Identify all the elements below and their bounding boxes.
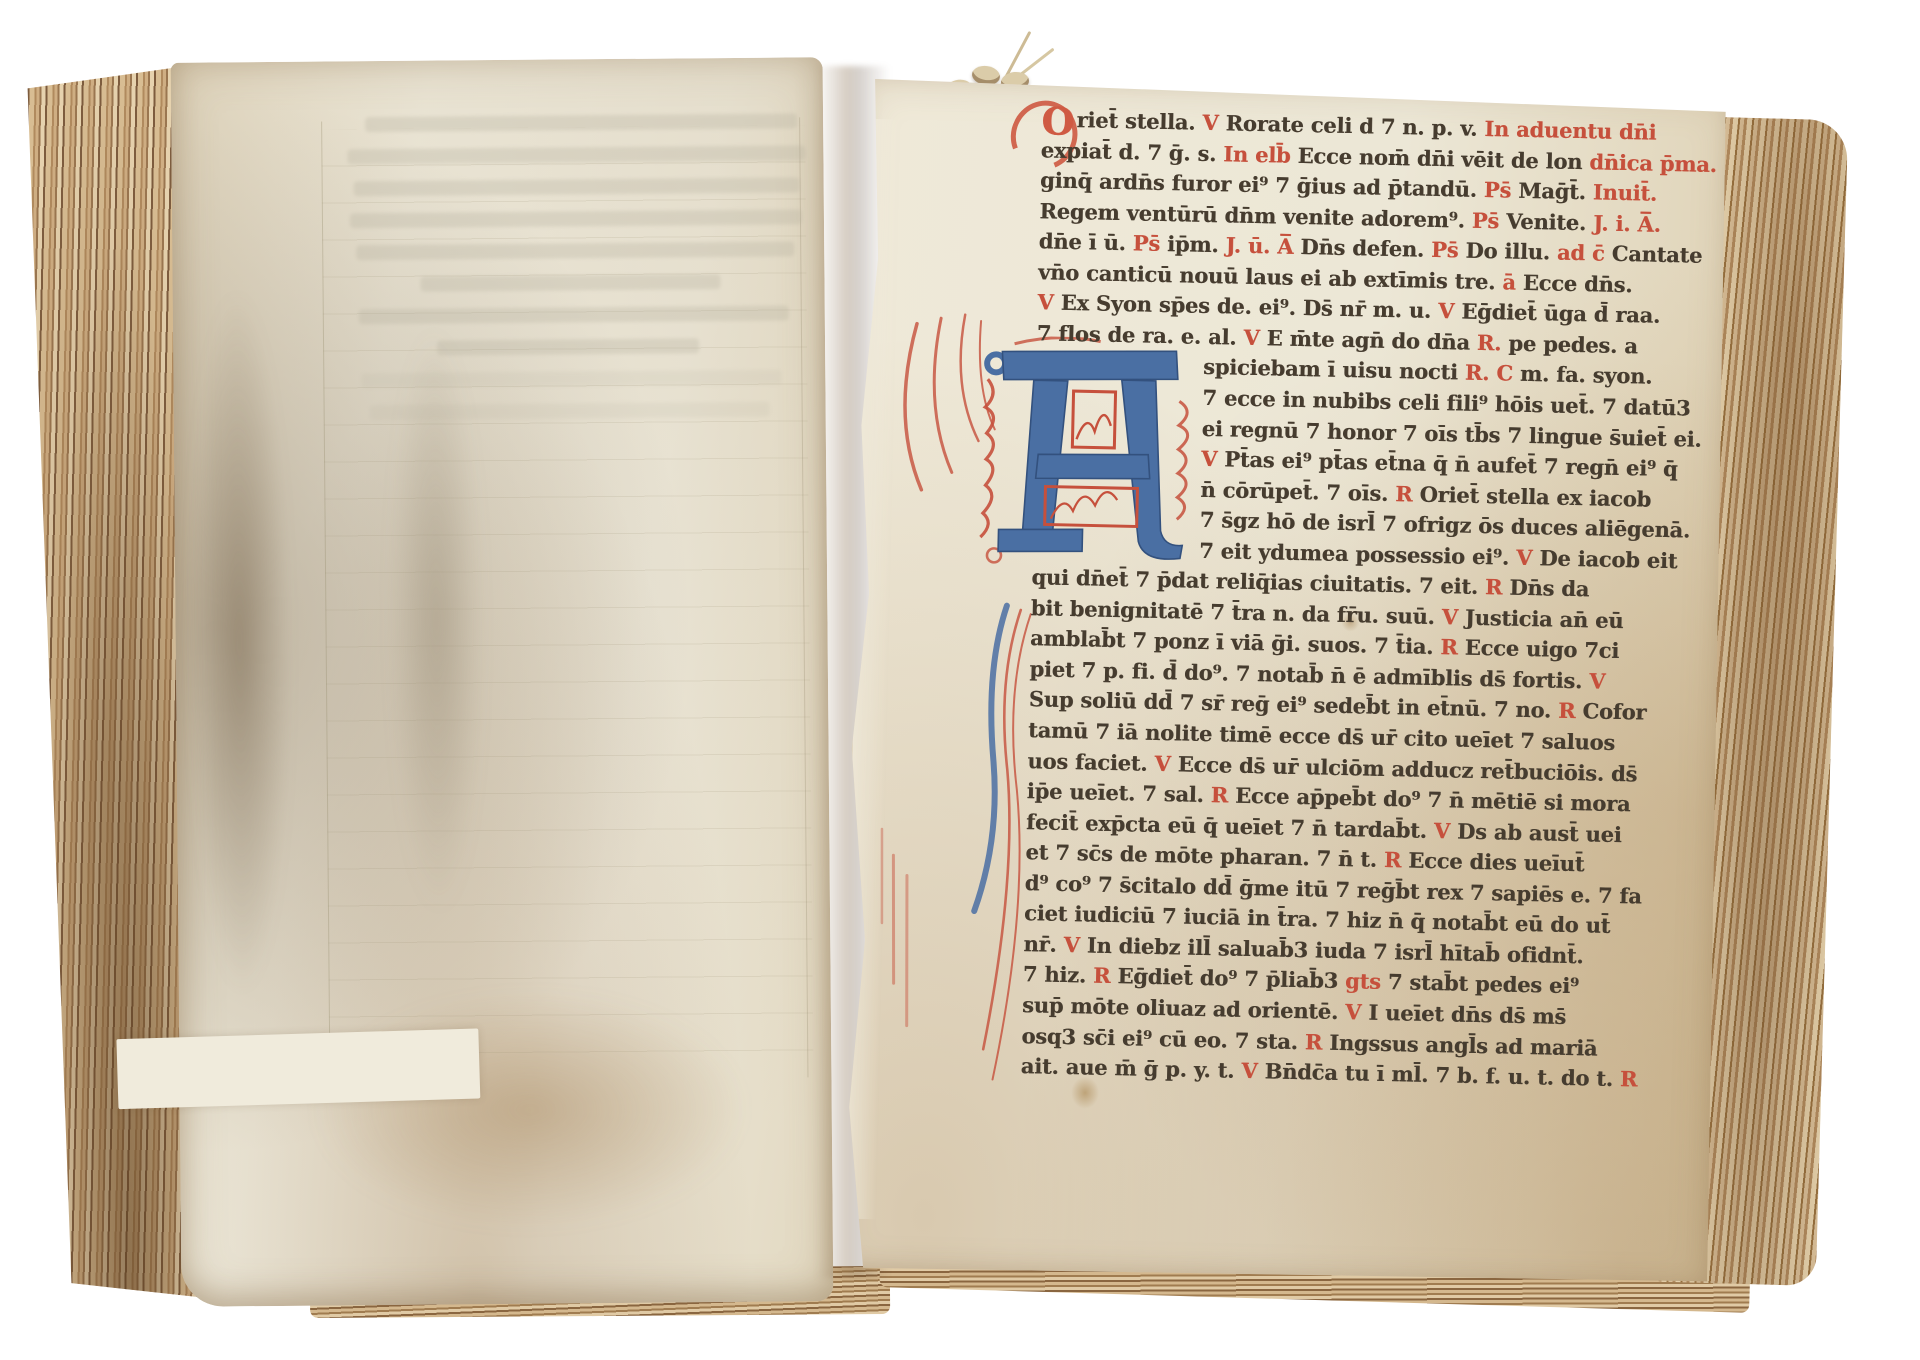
text-segment: pe pedes. a xyxy=(1508,330,1638,358)
rubric-segment: R xyxy=(1620,1066,1638,1091)
text-segment: Do illu. xyxy=(1465,238,1557,265)
text-segment: Oriet̄ stella ex iacob xyxy=(1419,481,1651,511)
text-segment: fecit̄ exp̄cta eū q̄ ueīet 7 n̄ tardab̄… xyxy=(1026,809,1434,843)
rubric-segment: R xyxy=(1093,963,1118,989)
ghost-line xyxy=(365,113,797,132)
rubric-segment: R xyxy=(1395,481,1420,507)
rubric-segment: R xyxy=(1440,634,1465,660)
repair-patch xyxy=(116,1028,480,1109)
rubric-segment: J. i. A̅. xyxy=(1593,210,1661,236)
ghost-line xyxy=(356,241,794,260)
rubric-segment: V xyxy=(1589,668,1606,693)
text-segment: m. fa. syon. xyxy=(1520,361,1653,389)
text-segment: expiat̄ d. 7 ḡ. s. xyxy=(1041,137,1224,166)
text-segment: 7 flos de ra. e. al. xyxy=(1037,320,1244,350)
ghost-line xyxy=(347,145,805,164)
rubric-segment: Ps̄ xyxy=(1133,231,1168,257)
rubric-segment: V xyxy=(1201,446,1225,472)
text-segment: Cofor xyxy=(1582,699,1646,725)
text-segment: 7 hiz. xyxy=(1023,961,1094,988)
rubric-segment: dn̄ica p̄ma. xyxy=(1589,149,1717,177)
text-segment: I ueīet dn̄s ds̄ ms̄ xyxy=(1368,1000,1566,1029)
text-segment: ait. aue m̄ ḡ p. y. t. xyxy=(1021,1053,1242,1083)
text-segment: amblab̄t 7 ponz ī viā ḡi. suos. 7 t̄ia… xyxy=(1030,626,1441,660)
rubric-segment: R xyxy=(1305,1029,1330,1055)
rubric-segment: Ps̄ xyxy=(1484,177,1519,203)
text-segment: uos faciet. xyxy=(1027,748,1155,776)
text-segment: osq3 sc̄i ei⁹ cū eo. 7 sta. xyxy=(1021,1023,1305,1054)
text-segment: Cantate xyxy=(1611,241,1702,268)
left-page-blank-verso xyxy=(171,57,834,1307)
text-segment: Bn̄dc̄a tu ī ml̄. 7 b. f. u. t. do t. xyxy=(1264,1058,1620,1091)
text-segment: Maḡt̄. xyxy=(1518,178,1593,205)
rubric-segment: V xyxy=(1202,110,1226,136)
text-segment: Ecce nom̄ dn̄i vēit de lon xyxy=(1297,142,1589,173)
text-segment: Rorate celi d 7 n. p. v. xyxy=(1225,110,1484,141)
text-segment: nr̄. xyxy=(1023,931,1064,957)
text-segment: Eḡdiet̄ ūga d̄ raa. xyxy=(1461,299,1660,328)
text-segment: 7 stab̄t pedes ei⁹ xyxy=(1388,969,1580,998)
rubric-segment: In elb̄ xyxy=(1223,141,1298,168)
text-segment: dn̄e ī ū. xyxy=(1039,228,1134,255)
text-segment: De iacob eit xyxy=(1539,545,1677,573)
manuscript-text-block: Oriet̄ stella. V Rorate celi d 7 n. p. v… xyxy=(1020,104,1706,1118)
ghost-line xyxy=(359,305,789,324)
text-segment: Ecce uigo 7ci xyxy=(1465,635,1620,663)
text-segment: Ex Syon sp̄es de. ei⁹. Ds̄ nr̄ m. u. xyxy=(1060,290,1438,323)
ghost-line xyxy=(437,338,699,355)
rubric-segment: Ps̄ xyxy=(1472,207,1507,233)
right-page-content: Oriet̄ stella. V Rorate celi d 7 n. p. v… xyxy=(1006,96,1728,1141)
rubric-segment: R xyxy=(1384,847,1409,873)
rubric-segment: V xyxy=(1063,932,1087,958)
rubric-segment: V xyxy=(1442,604,1466,630)
text-segment: Ecce dn̄s. xyxy=(1523,270,1633,297)
rubric-segment: Inuit̄. xyxy=(1593,179,1658,205)
text-segment: Ecce ap̄peb̄t do⁹ 7 n̄ mētiē si mora xyxy=(1235,783,1631,817)
text-segment: 7 eit ydumea possessio ei⁹. xyxy=(1199,538,1517,570)
text-segment: Ecce dies ueīut̄ xyxy=(1408,848,1584,877)
rubric-segment: R xyxy=(1558,698,1583,724)
rubric-segment: R xyxy=(1485,574,1510,600)
rubric-segment: gts xyxy=(1345,969,1388,995)
rubric-segment: ad c̄ xyxy=(1557,240,1612,266)
text-segment: Dn̄s defen. xyxy=(1300,234,1431,262)
rubric-segment: R xyxy=(1211,782,1236,808)
photo-of-open-manuscript: Oriet̄ stella. V Rorate celi d 7 n. p. v… xyxy=(0,0,1920,1360)
rubric-segment: R. xyxy=(1465,360,1497,386)
text-segment: Ingssus angl̄s ad mariā xyxy=(1329,1029,1598,1060)
text-segment: n̄ cōrūpet̄. 7 oīs. xyxy=(1200,476,1395,505)
ghost-line xyxy=(361,370,781,389)
text-segment: sup̄ mōte oliuaz ad orientē. xyxy=(1022,992,1346,1024)
text-segment: et 7 sc̄s de mōte pharan. 7 n̄ t. xyxy=(1025,839,1384,872)
text-segment: E m̄te agn̄ do dn̄a xyxy=(1266,325,1477,355)
rubric-segment: ā xyxy=(1502,269,1523,294)
rubric-segment: V xyxy=(1345,999,1369,1025)
ghost-line xyxy=(350,209,802,228)
rubric-segment: V xyxy=(1243,325,1267,351)
text-segment: ip̄e ueīet. 7 sal. xyxy=(1027,778,1211,807)
rubric-segment: V xyxy=(1154,750,1178,776)
text-segment: Dn̄s da xyxy=(1509,575,1589,602)
text-segment: riet̄ stella. xyxy=(1076,107,1202,135)
show-through-text-ghost xyxy=(339,113,812,477)
text-segment: Justicia an̄ eū xyxy=(1465,604,1624,632)
ghost-line xyxy=(354,177,800,196)
rubric-segment: In aduentu dn̄i xyxy=(1484,116,1657,145)
text-segment: spiciebam ī uisu nocti xyxy=(1203,354,1465,385)
rubric-segment: V xyxy=(1241,1058,1265,1084)
rubric-segment: V xyxy=(1434,818,1458,844)
rubric-segment: Ps̄ xyxy=(1431,237,1466,263)
rubric-segment: C xyxy=(1496,361,1520,387)
text-segment: Venite. xyxy=(1506,208,1594,235)
text-segment: Eḡdiet̄ do⁹ 7 p̄liab̄3 xyxy=(1117,964,1345,994)
text-segment: bit benignitatē 7 t̄ra n. da fr̄u. suū… xyxy=(1031,595,1442,629)
rubric-segment: V xyxy=(1516,544,1540,570)
ghost-line xyxy=(420,274,720,292)
initial-tail-blue xyxy=(974,605,1007,911)
rubric-segment: V xyxy=(1438,298,1462,324)
rubric-segment: J. ū. A̅ xyxy=(1225,233,1300,260)
ghost-line xyxy=(370,402,770,420)
rubric-segment: R. xyxy=(1477,330,1509,356)
text-segment: ip̄m. xyxy=(1167,231,1226,257)
rubric-segment: V xyxy=(1037,290,1061,316)
text-segment: Ds ab aust̄ uei xyxy=(1457,818,1622,847)
